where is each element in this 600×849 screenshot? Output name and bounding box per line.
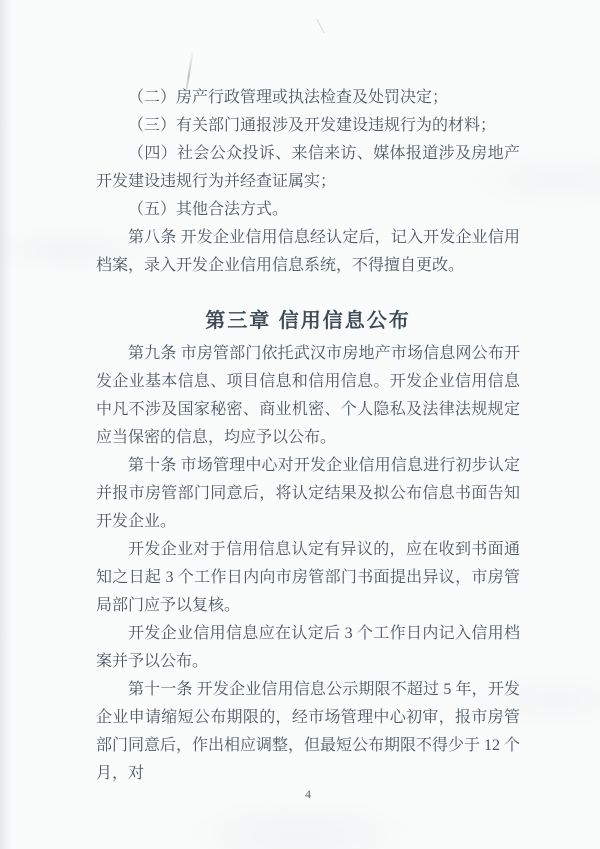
article-8-paragraph: 第八条 开发企业信用信息经认定后，记入开发企业信用档案，录入开发企业信用信息系统… — [96, 224, 520, 280]
article-11-paragraph: 第十一条 开发企业信用信息公示期限不超过 5 年，开发企业申请缩短公布期限的，经… — [96, 676, 520, 788]
article-10-objection-paragraph: 开发企业对于信用信息认定有异议的，应在收到书面通知之日起 3 个工作日内向市房管… — [96, 536, 520, 620]
scan-artifact-mark — [316, 19, 324, 34]
document-body: （二）房产行政管理或执法检查及处罚决定； （三）有关部门通报涉及开发建设违规行为… — [96, 84, 520, 788]
chapter-heading: 第三章 信用信息公布 — [96, 306, 520, 336]
article-10-paragraph: 第十条 市场管理中心对开发企业信用信息进行初步认定并报市房管部门同意后，将认定结… — [96, 452, 520, 536]
clause-item-4: （四）社会公众投诉、来信来访、媒体报道涉及房地产开发建设违规行为并经查证属实； — [96, 140, 520, 196]
article-9-paragraph: 第九条 市房管部门依托武汉市房地产市场信息网公布开发企业基本信息、项目信息和信用… — [96, 340, 520, 452]
scanned-document-page: （二）房产行政管理或执法检查及处罚决定； （三）有关部门通报涉及开发建设违规行为… — [0, 0, 600, 849]
clause-item-5: （五）其他合法方式。 — [96, 196, 520, 224]
page-number: 4 — [96, 787, 520, 801]
article-10-record-paragraph: 开发企业信用信息应在认定后 3 个工作日内记入信用档案并予以公布。 — [96, 620, 520, 676]
clause-item-2: （二）房产行政管理或执法检查及处罚决定； — [96, 84, 520, 112]
clause-item-3: （三）有关部门通报涉及开发建设违规行为的材料； — [96, 112, 520, 140]
